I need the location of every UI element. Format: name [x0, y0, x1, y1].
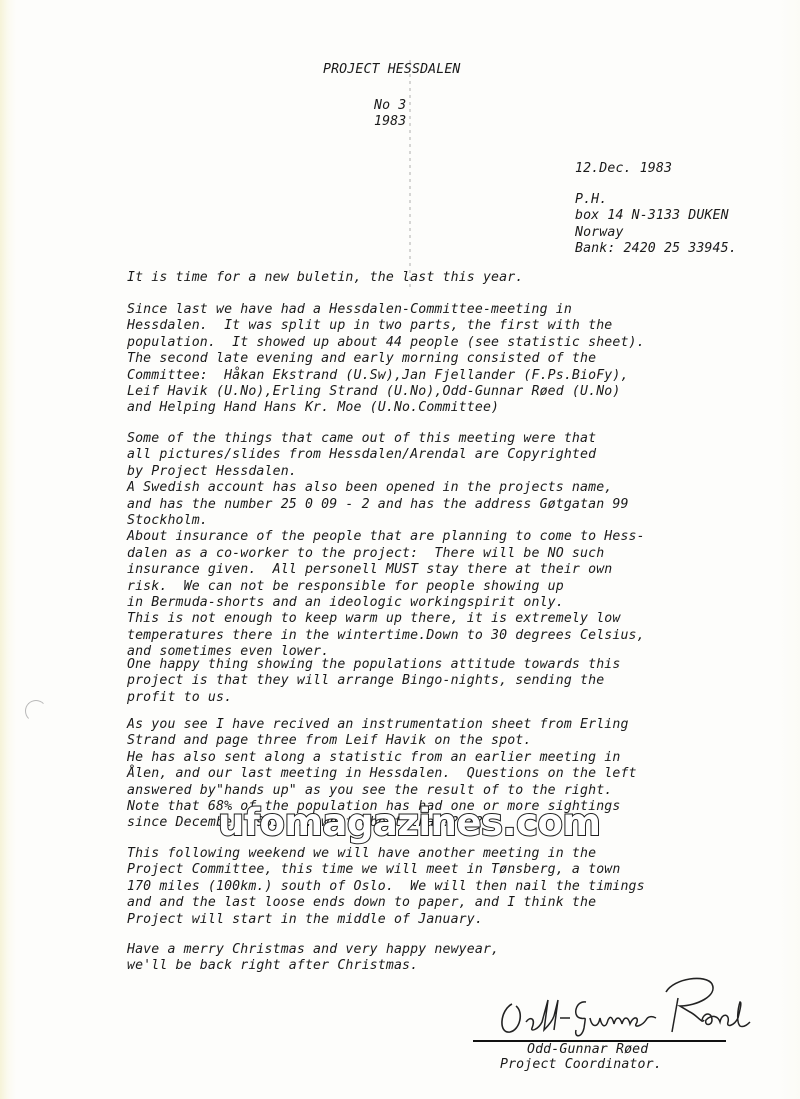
paragraph-bingo-nights: One happy thing showing the populations … [127, 657, 787, 706]
signatory-role: Project Coordinator. [500, 1057, 662, 1073]
letter-date: 12.Dec. 1983 [575, 161, 672, 177]
paragraph-intro: It is time for a new buletin, the last t… [127, 270, 787, 286]
handwritten-signature [490, 972, 760, 1042]
paragraph-christmas-greeting: Have a merry Christmas and very happy ne… [127, 942, 787, 975]
paper-fold-crease [409, 60, 411, 290]
letter-page: PROJECT HESSDALEN No 3 1983 12.Dec. 1983… [0, 0, 800, 1099]
document-title: PROJECT HESSDALEN [323, 62, 461, 78]
watermark: ufomagazines.com [218, 801, 600, 844]
punch-hole [25, 700, 47, 722]
paragraph-committee-meeting: Since last we have had a Hessdalen-Commi… [127, 302, 787, 417]
signatory-name: Odd-Gunnar Røed [527, 1042, 648, 1058]
paragraph-meeting-outcomes: Some of the things that came out of this… [127, 431, 787, 661]
paragraph-next-meeting: This following weekend we will have anot… [127, 846, 787, 928]
sender-address: P.H. box 14 N-3133 DUKEN Norway Bank: 24… [575, 192, 737, 258]
issue-number: No 3 1983 [374, 98, 406, 131]
